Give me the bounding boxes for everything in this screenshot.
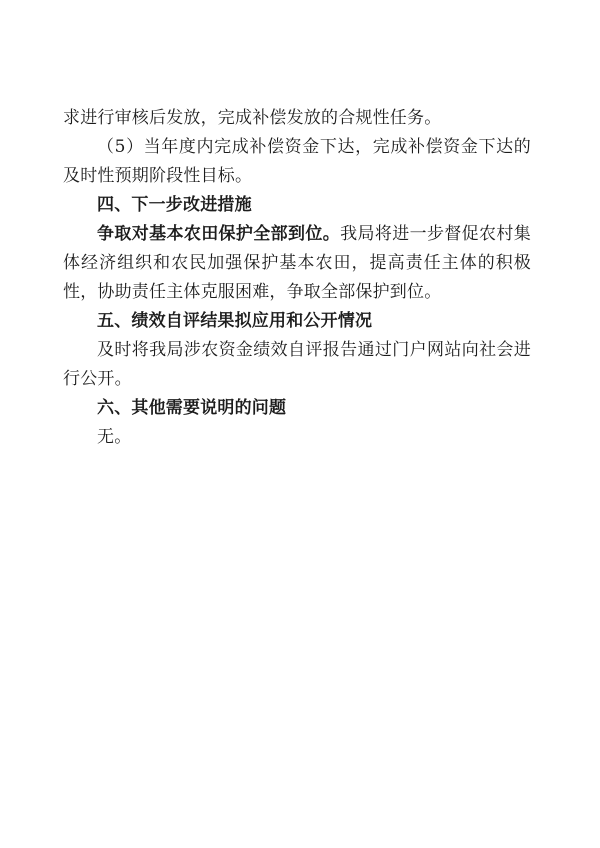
section-heading-6: 六、其他需要说明的问题 [63,394,531,423]
section-heading-5: 五、绩效自评结果拟应用和公开情况 [63,307,531,336]
section-heading-4: 四、下一步改进措施 [63,191,531,220]
paragraph-continuation: 求进行审核后发放，完成补偿发放的合规性任务。 [63,104,531,133]
document-page: 求进行审核后发放，完成补偿发放的合规性任务。 （5）当年度内完成补偿资金下达，完… [0,0,600,848]
paragraph-section-4: 争取对基本农田保护全部到位。我局将进一步督促农村集体经济组织和农民加强保护基本农… [63,220,531,307]
bold-lead-sentence: 争取对基本农田保护全部到位。 [97,224,340,244]
paragraph-item-5: （5）当年度内完成补偿资金下达，完成补偿资金下达的及时性预期阶段性目标。 [63,133,531,191]
paragraph-section-5: 及时将我局涉农资金绩效自评报告通过门户网站向社会进行公开。 [63,336,531,394]
paragraph-section-6: 无。 [63,423,531,452]
document-content: 求进行审核后发放，完成补偿发放的合规性任务。 （5）当年度内完成补偿资金下达，完… [63,104,531,452]
